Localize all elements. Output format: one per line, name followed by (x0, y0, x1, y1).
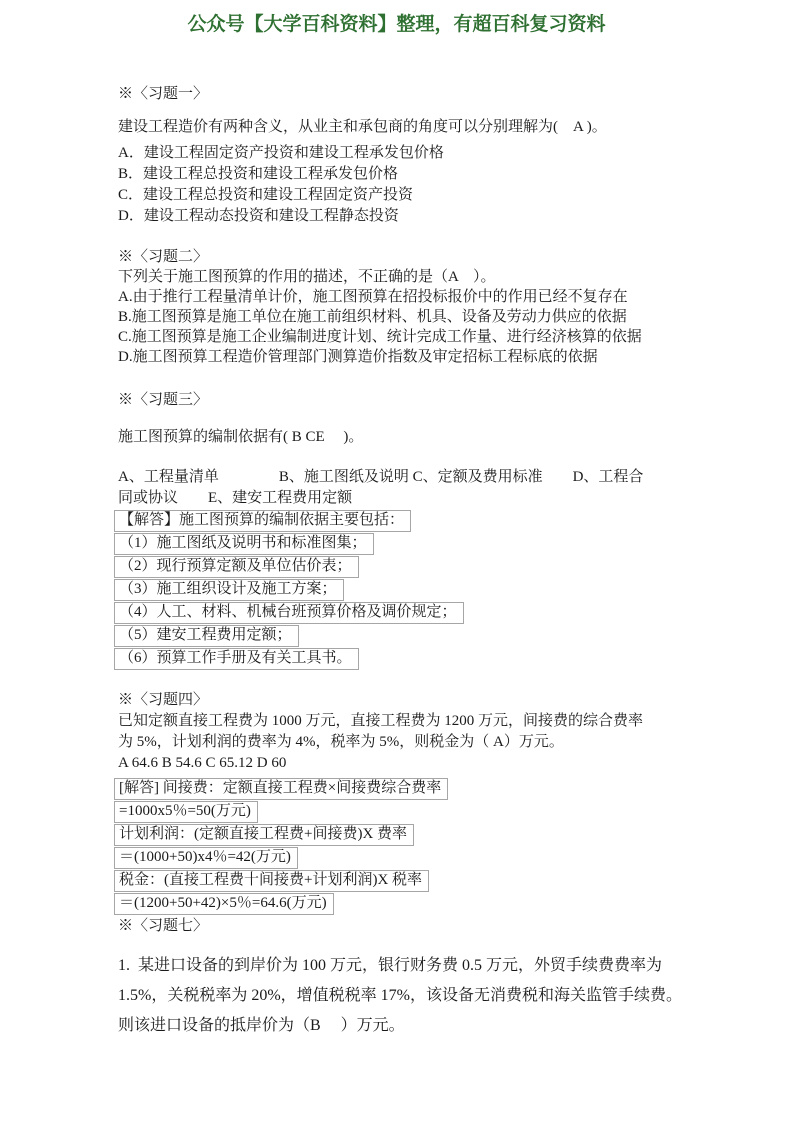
q1-header: ※〈习题一〉 (118, 84, 684, 105)
q7-paragraph: 1. 某进口设备的到岸价为 100 万元，银行财务费 0.5 万元，外贸手续费费… (118, 951, 684, 1041)
q7-line-1: 1. 某进口设备的到岸价为 100 万元，银行财务费 0.5 万元，外贸手续费费… (118, 951, 684, 981)
q3-answer-item-6: （6）预算工作手册及有关工具书。 (114, 648, 359, 670)
q3-options-line2: 同或协议 E、建安工程费用定额 (118, 488, 684, 509)
q4-stem-line2: 为 5%，计划利润的费率为 4%，税率为 5%，则税金为（ A）万元。 (118, 732, 684, 753)
q1-option-b: B．建设工程总投资和建设工程承发包价格 (118, 164, 684, 185)
q2-stem: 下列关于施工图预算的作用的描述，不正确的是（A ）。 (118, 267, 684, 287)
q2-section: ※〈习题二〉 下列关于施工图预算的作用的描述，不正确的是（A ）。 A.由于推行… (118, 247, 684, 367)
q7-line-3: 则该进口设备的抵岸价为（B ）万元。 (118, 1011, 684, 1041)
q7-line-2: 1.5%，关税税率为 20%，增值税税率 17%，该设备无消费税和海关监管手续费… (118, 981, 684, 1011)
q3-options-line1: A、工程量清单 B、施工图纸及说明 C、定额及费用标准 D、工程合 (118, 467, 684, 488)
q4-options: A 64.6 B 54.6 C 65.12 D 60 (118, 753, 684, 774)
document-page: 公众号【大学百科资料】整理，有超百科复习资料 ※〈习题一〉 建设工程造价有两种含… (0, 0, 793, 1122)
q4-answer-line-1: [解答] 间接费：定额直接工程费×间接费综合费率 (114, 778, 448, 800)
q3-answer-item-4: （4）人工、材料、机械台班预算价格及调价规定； (114, 602, 464, 624)
q2-option-d: D.施工图预算工程造价管理部门测算造价指数及审定招标工程标底的依据 (118, 347, 684, 367)
q2-header: ※〈习题二〉 (118, 247, 684, 267)
q3-header: ※〈习题三〉 (118, 390, 684, 411)
q4-section: ※〈习题四〉 已知定额直接工程费为 1000 万元，直接工程费为 1200 万元… (118, 690, 684, 774)
q1-stem: 建设工程造价有两种含义，从业主和承包商的角度可以分别理解为( A )。 (118, 117, 684, 138)
q7-header: ※〈习题七〉 (118, 916, 684, 937)
q3-answer-item-2: （2）现行预算定额及单位估价表； (114, 556, 359, 578)
q2-option-b: B.施工图预算是施工单位在施工前组织材料、机具、设备及劳动力供应的依据 (118, 307, 684, 327)
q2-option-c: C.施工图预算是施工企业编制进度计划、统计完成工作量、进行经济核算的依据 (118, 327, 684, 347)
q3-answer-item-5: （5）建安工程费用定额； (114, 625, 299, 647)
q2-option-a: A.由于推行工程量清单计价，施工图预算在招投标报价中的作用已经不复存在 (118, 287, 684, 307)
q4-answer-line-4: ＝(1000+50)x4％=42(万元) (114, 847, 298, 869)
q1-option-a: A．建设工程固定资产投资和建设工程承发包价格 (118, 143, 684, 164)
q4-answer-list: [解答] 间接费：定额直接工程费×间接费综合费率 =1000x5％=50(万元)… (118, 778, 684, 915)
q3-answer-item-3: （3）施工组织设计及施工方案； (114, 579, 344, 601)
q4-answer-line-5: 税金：(直接工程费十间接费+计划利润)X 税率 (114, 870, 429, 892)
document-body: ※〈习题一〉 建设工程造价有两种含义，从业主和承包商的角度可以分别理解为( A … (118, 0, 684, 1041)
q4-answer-line-2: =1000x5％=50(万元) (114, 801, 258, 823)
q1-option-d: D．建设工程动态投资和建设工程静态投资 (118, 206, 684, 227)
q1-option-c: C．建设工程总投资和建设工程固定资产投资 (118, 185, 684, 206)
q3-options: A、工程量清单 B、施工图纸及说明 C、定额及费用标准 D、工程合 同或协议 E… (118, 467, 684, 509)
q4-answer-line-3: 计划利润：(定额直接工程费+间接费)X 费率 (114, 824, 414, 846)
q4-answer-line-6: ＝(1200+50+42)×5％=64.6(万元) (114, 893, 334, 915)
q3-stem: 施工图预算的编制依据有( B CE )。 (118, 427, 684, 448)
q3-answer-intro: 【解答】施工图预算的编制依据主要包括： (114, 510, 411, 532)
q4-header: ※〈习题四〉 (118, 690, 684, 711)
q3-answer-item-1: （1）施工图纸及说明书和标准图集； (114, 533, 374, 555)
q4-stem-line1: 已知定额直接工程费为 1000 万元，直接工程费为 1200 万元，间接费的综合… (118, 711, 684, 732)
q3-answer-list: 【解答】施工图预算的编制依据主要包括： （1）施工图纸及说明书和标准图集； （2… (118, 510, 684, 670)
q1-options: A．建设工程固定资产投资和建设工程承发包价格 B．建设工程总投资和建设工程承发包… (118, 143, 684, 227)
